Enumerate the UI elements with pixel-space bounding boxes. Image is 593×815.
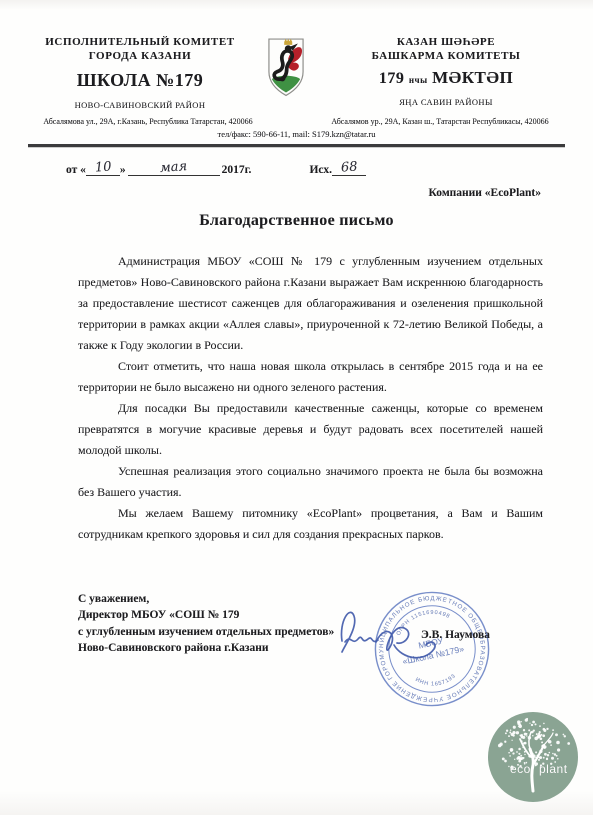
- school-number-tt: 179: [379, 70, 405, 87]
- logo-text-eco: eco: [510, 762, 531, 776]
- org-name-tt-line2: БАШКАРМА КОМИТЕТЫ: [327, 50, 565, 64]
- emblem-box: [263, 36, 311, 105]
- body-paragraph: Успешная реализация этого социально знач…: [78, 461, 543, 503]
- body-paragraph: Администрация МБОУ «СОШ № 179 с углублен…: [78, 251, 543, 356]
- date-year: 2017г.: [222, 164, 252, 176]
- letterhead: ИСПОЛНИТЕЛЬНЫЙ КОМИТЕТ ГОРОДА КАЗАНИ ШКО…: [0, 0, 593, 110]
- school-ordinal-tt: нчы: [409, 75, 428, 85]
- letterhead-left: ИСПОЛНИТЕЛЬНЫЙ КОМИТЕТ ГОРОДА КАЗАНИ ШКО…: [34, 36, 246, 110]
- body-paragraph: Стоит отметить, что наша новая школа отк…: [78, 356, 543, 398]
- letter-body: Администрация МБОУ «СОШ № 179 с углублен…: [78, 251, 543, 545]
- address-tt: Абсалямов ур., 29А, Казан ш., Татарстан …: [311, 117, 569, 126]
- school-name-ru: ШКОЛА №179: [34, 70, 246, 91]
- kazan-coat-of-arms-icon: [263, 36, 309, 100]
- org-name-ru-line1: ИСПОЛНИТЕЛЬНЫЙ КОМИТЕТ: [34, 36, 246, 50]
- logo-text-plant: plant: [539, 762, 568, 776]
- district-tt: ЯҢА САВИН РАЙОНЫ: [327, 97, 565, 107]
- letterhead-right: КАЗАН ШӘҺӘРЕ БАШКАРМА КОМИТЕТЫ 179 нчы М…: [327, 36, 565, 107]
- address-row: Абсалямова ул., 29А, г.Казань, Республик…: [0, 110, 593, 126]
- district-ru: НОВО-САВИНОВСКИЙ РАЙОН: [34, 100, 246, 110]
- handwritten-day: 10: [94, 159, 112, 175]
- date-day-blank: 10: [86, 160, 120, 176]
- header-divider: [28, 144, 565, 147]
- date-line: от « 10 » мая 2017г. Исх. 68: [66, 160, 593, 176]
- date-close-quote: »: [120, 164, 126, 176]
- body-paragraph: Для посадки Вы предоставили качественные…: [78, 398, 543, 461]
- handwritten-ref-number: 68: [340, 159, 358, 175]
- ecoplant-logo: eco plant: [487, 711, 579, 803]
- date-month-blank: мая: [128, 160, 220, 176]
- director-name: Э.В. Наумова: [421, 629, 490, 641]
- org-name-tt-line1: КАЗАН ШӘҺӘРЕ: [327, 36, 565, 50]
- school-name-tt: 179 нчы МӘКТӘП: [327, 68, 565, 88]
- ref-label: Исх.: [309, 164, 332, 176]
- letter-page: ИСПОЛНИТЕЛЬНЫЙ КОМИТЕТ ГОРОДА КАЗАНИ ШКО…: [0, 0, 593, 815]
- school-word-tt: МӘКТӘП: [432, 68, 513, 87]
- letter-title: Благодарственное письмо: [0, 212, 593, 230]
- org-name-ru-line2: ГОРОДА КАЗАНИ: [34, 50, 246, 64]
- ref-number-blank: 68: [332, 160, 366, 176]
- body-paragraph: Мы желаем Вашему питомнику «EcoPlant» пр…: [78, 503, 543, 545]
- handwritten-month: мая: [160, 159, 188, 176]
- contact-line: тел/факс: 590-66-11, mail: S179.kzn@tata…: [0, 129, 593, 139]
- recipient-line: Компании «EcoPlant»: [0, 187, 593, 199]
- address-ru: Абсалямова ул., 29А, г.Казань, Республик…: [30, 117, 266, 126]
- date-prefix: от «: [66, 164, 86, 176]
